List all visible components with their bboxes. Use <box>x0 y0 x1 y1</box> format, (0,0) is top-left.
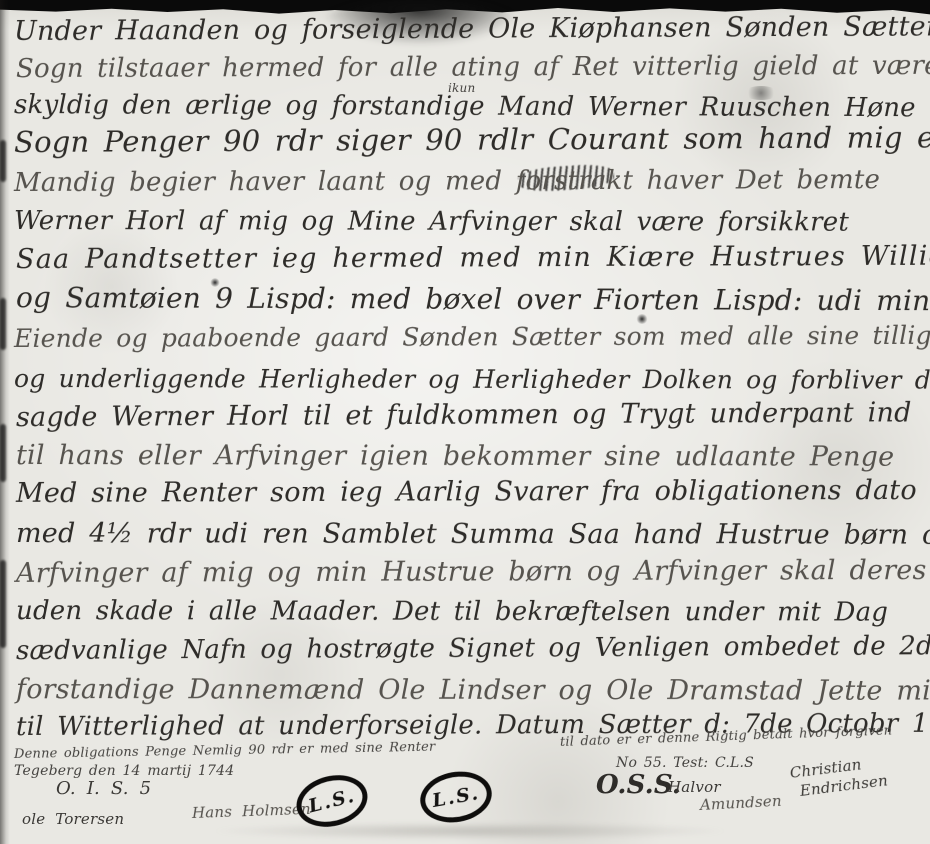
manuscript-line-9: Eiende og paaboende gaard Sønden Sætter … <box>14 323 930 351</box>
signature-amundsen: Amundsen <box>700 794 783 813</box>
margin-note-left: Denne obligations Penge Nemlig 90 rdr er… <box>14 741 436 761</box>
manuscript-line-12: til hans eller Arfvinger igien bekommer … <box>16 442 894 471</box>
gutter-ink-mark <box>0 140 6 182</box>
margin-initials: O. I. S. 5 <box>56 780 151 798</box>
interlined-insertion: ikun <box>448 82 475 94</box>
manuscript-line-7: Saa Pandtsetter ieg hermed med min Kiære… <box>16 243 930 273</box>
signature-ole-torersen: ole Torersen <box>22 812 124 827</box>
manuscript-line-3: skyldig den ærlige og forstandige Mand W… <box>14 92 930 122</box>
manuscript-line-8: og Samtøien 9 Lispd: med bøxel over Fior… <box>16 284 930 315</box>
binding-gutter-shadow <box>0 0 10 844</box>
manuscript-line-10: og underliggende Herligheder og Herlighe… <box>14 366 930 393</box>
manuscript-line-2: Sogn tilstaaer hermed for alle ating af … <box>16 53 930 82</box>
ls-seal-2-label: L.S. <box>431 782 482 812</box>
ls-seal-2: L.S. <box>416 766 496 828</box>
signature-hans-holmsen: Hans Holmsen <box>192 802 311 821</box>
manuscript-page: Under Haanden og forseiglende Ole Kiøpha… <box>0 0 930 844</box>
bottom-smear <box>210 822 730 840</box>
gutter-ink-mark <box>0 560 6 648</box>
manuscript-line-13: Med sine Renter som ieg Aarlig Svarer fr… <box>16 477 917 507</box>
gutter-ink-mark <box>0 424 6 482</box>
manuscript-line-16: uden skade i alle Maader. Det til bekræf… <box>16 598 888 626</box>
margin-place-date: Tegeberg den 14 martij 1744 <box>14 764 234 778</box>
signature-halvor: Halvor <box>668 780 721 795</box>
manuscript-line-5: Mandig begier haver laant og med forstra… <box>14 167 880 196</box>
manuscript-line-14: med 4½ rdr udi ren Samblet Summa Saa han… <box>16 520 930 549</box>
gutter-ink-mark <box>0 298 6 350</box>
manuscript-line-4: Sogn Penger 90 rdr siger 90 rdlr Courant… <box>14 123 930 157</box>
manuscript-line-11: sagde Werner Horl til et fuldkommen og T… <box>16 399 912 431</box>
ls-seal-1-label: L.S. <box>306 785 358 818</box>
manuscript-line-6: Werner Horl af mig og Mine Arfvinger ska… <box>14 208 849 235</box>
manuscript-line-15: Arfvinger af mig og min Hustrue børn og … <box>16 557 927 587</box>
manuscript-line-1: Under Haanden og forseiglende Ole Kiøpha… <box>14 12 930 45</box>
manuscript-line-17: sædvanlige Nafn og hostrøgte Signet og V… <box>16 633 930 664</box>
docket-number: No 55. Test: C.L.S <box>616 756 754 770</box>
manuscript-line-18: forstandige Dannemænd Ole Lindser og Ole… <box>16 676 930 705</box>
